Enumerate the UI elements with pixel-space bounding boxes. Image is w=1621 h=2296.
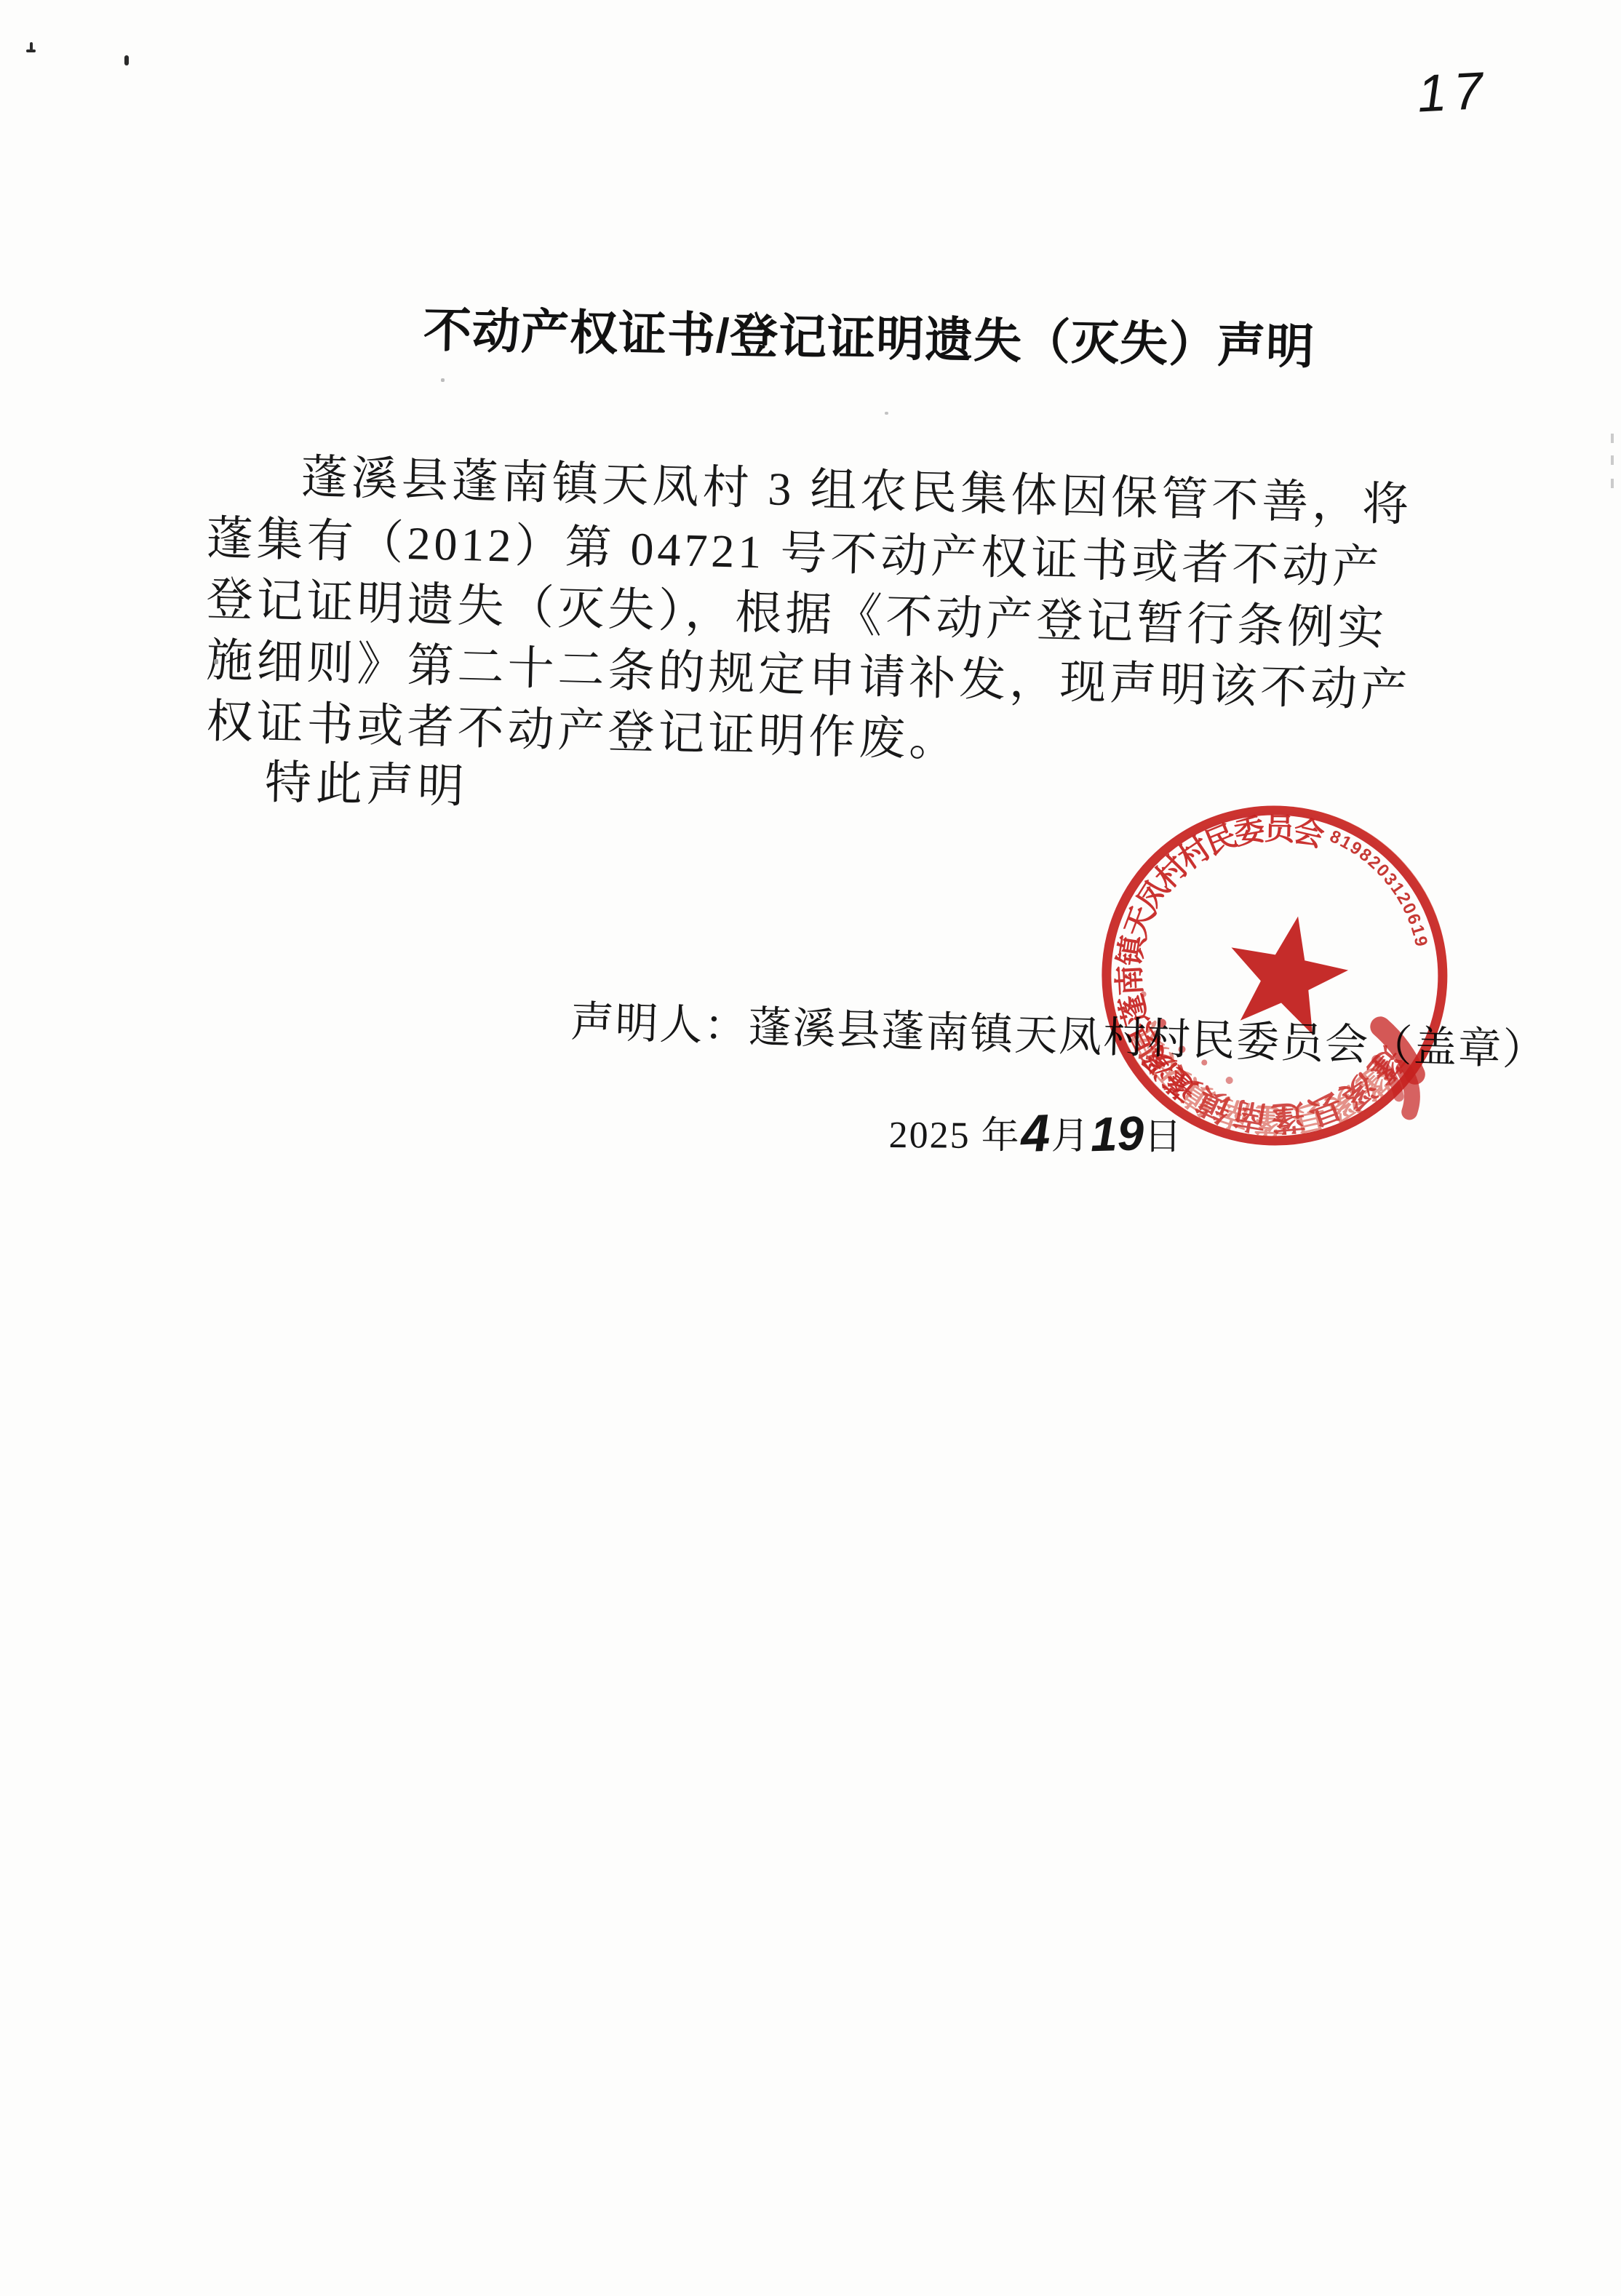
scan-speck [441,378,445,382]
handwritten-page-number: 17 [1416,60,1491,124]
scan-speck [124,55,129,65]
scanned-document-page: { "page_number": "17", "title": "不动产权证书/… [0,0,1621,2296]
declarant-label: 声明人： [570,997,749,1051]
scan-speck [214,659,218,664]
seal-star-icon [1218,905,1356,1039]
scan-speck [885,412,888,415]
handwritten-month: 4 [1019,1103,1053,1164]
document-title: 不动产权证书/登记证明遗失（灭失）声明 [423,291,1315,378]
scan-edge-mark [1611,434,1614,443]
scan-speck [30,42,33,50]
official-seal: 蓬溪县蓬南镇天凤村村民委员会 8198203120619 蓬溪县蓬南镇天凤 蓬溪… [1086,785,1464,1163]
closing-line: 特此声明 [264,745,469,816]
seal-graphic: 蓬溪县蓬南镇天凤村村民委员会 8198203120619 蓬溪县蓬南镇天凤 蓬溪… [1086,785,1464,1163]
date-year: 2025 [888,1115,970,1157]
scan-edge-mark [1611,479,1614,488]
date-year-label: 年 [981,1115,1020,1157]
date-month-label: 月 [1051,1116,1091,1157]
scan-edge-mark [1611,455,1614,465]
